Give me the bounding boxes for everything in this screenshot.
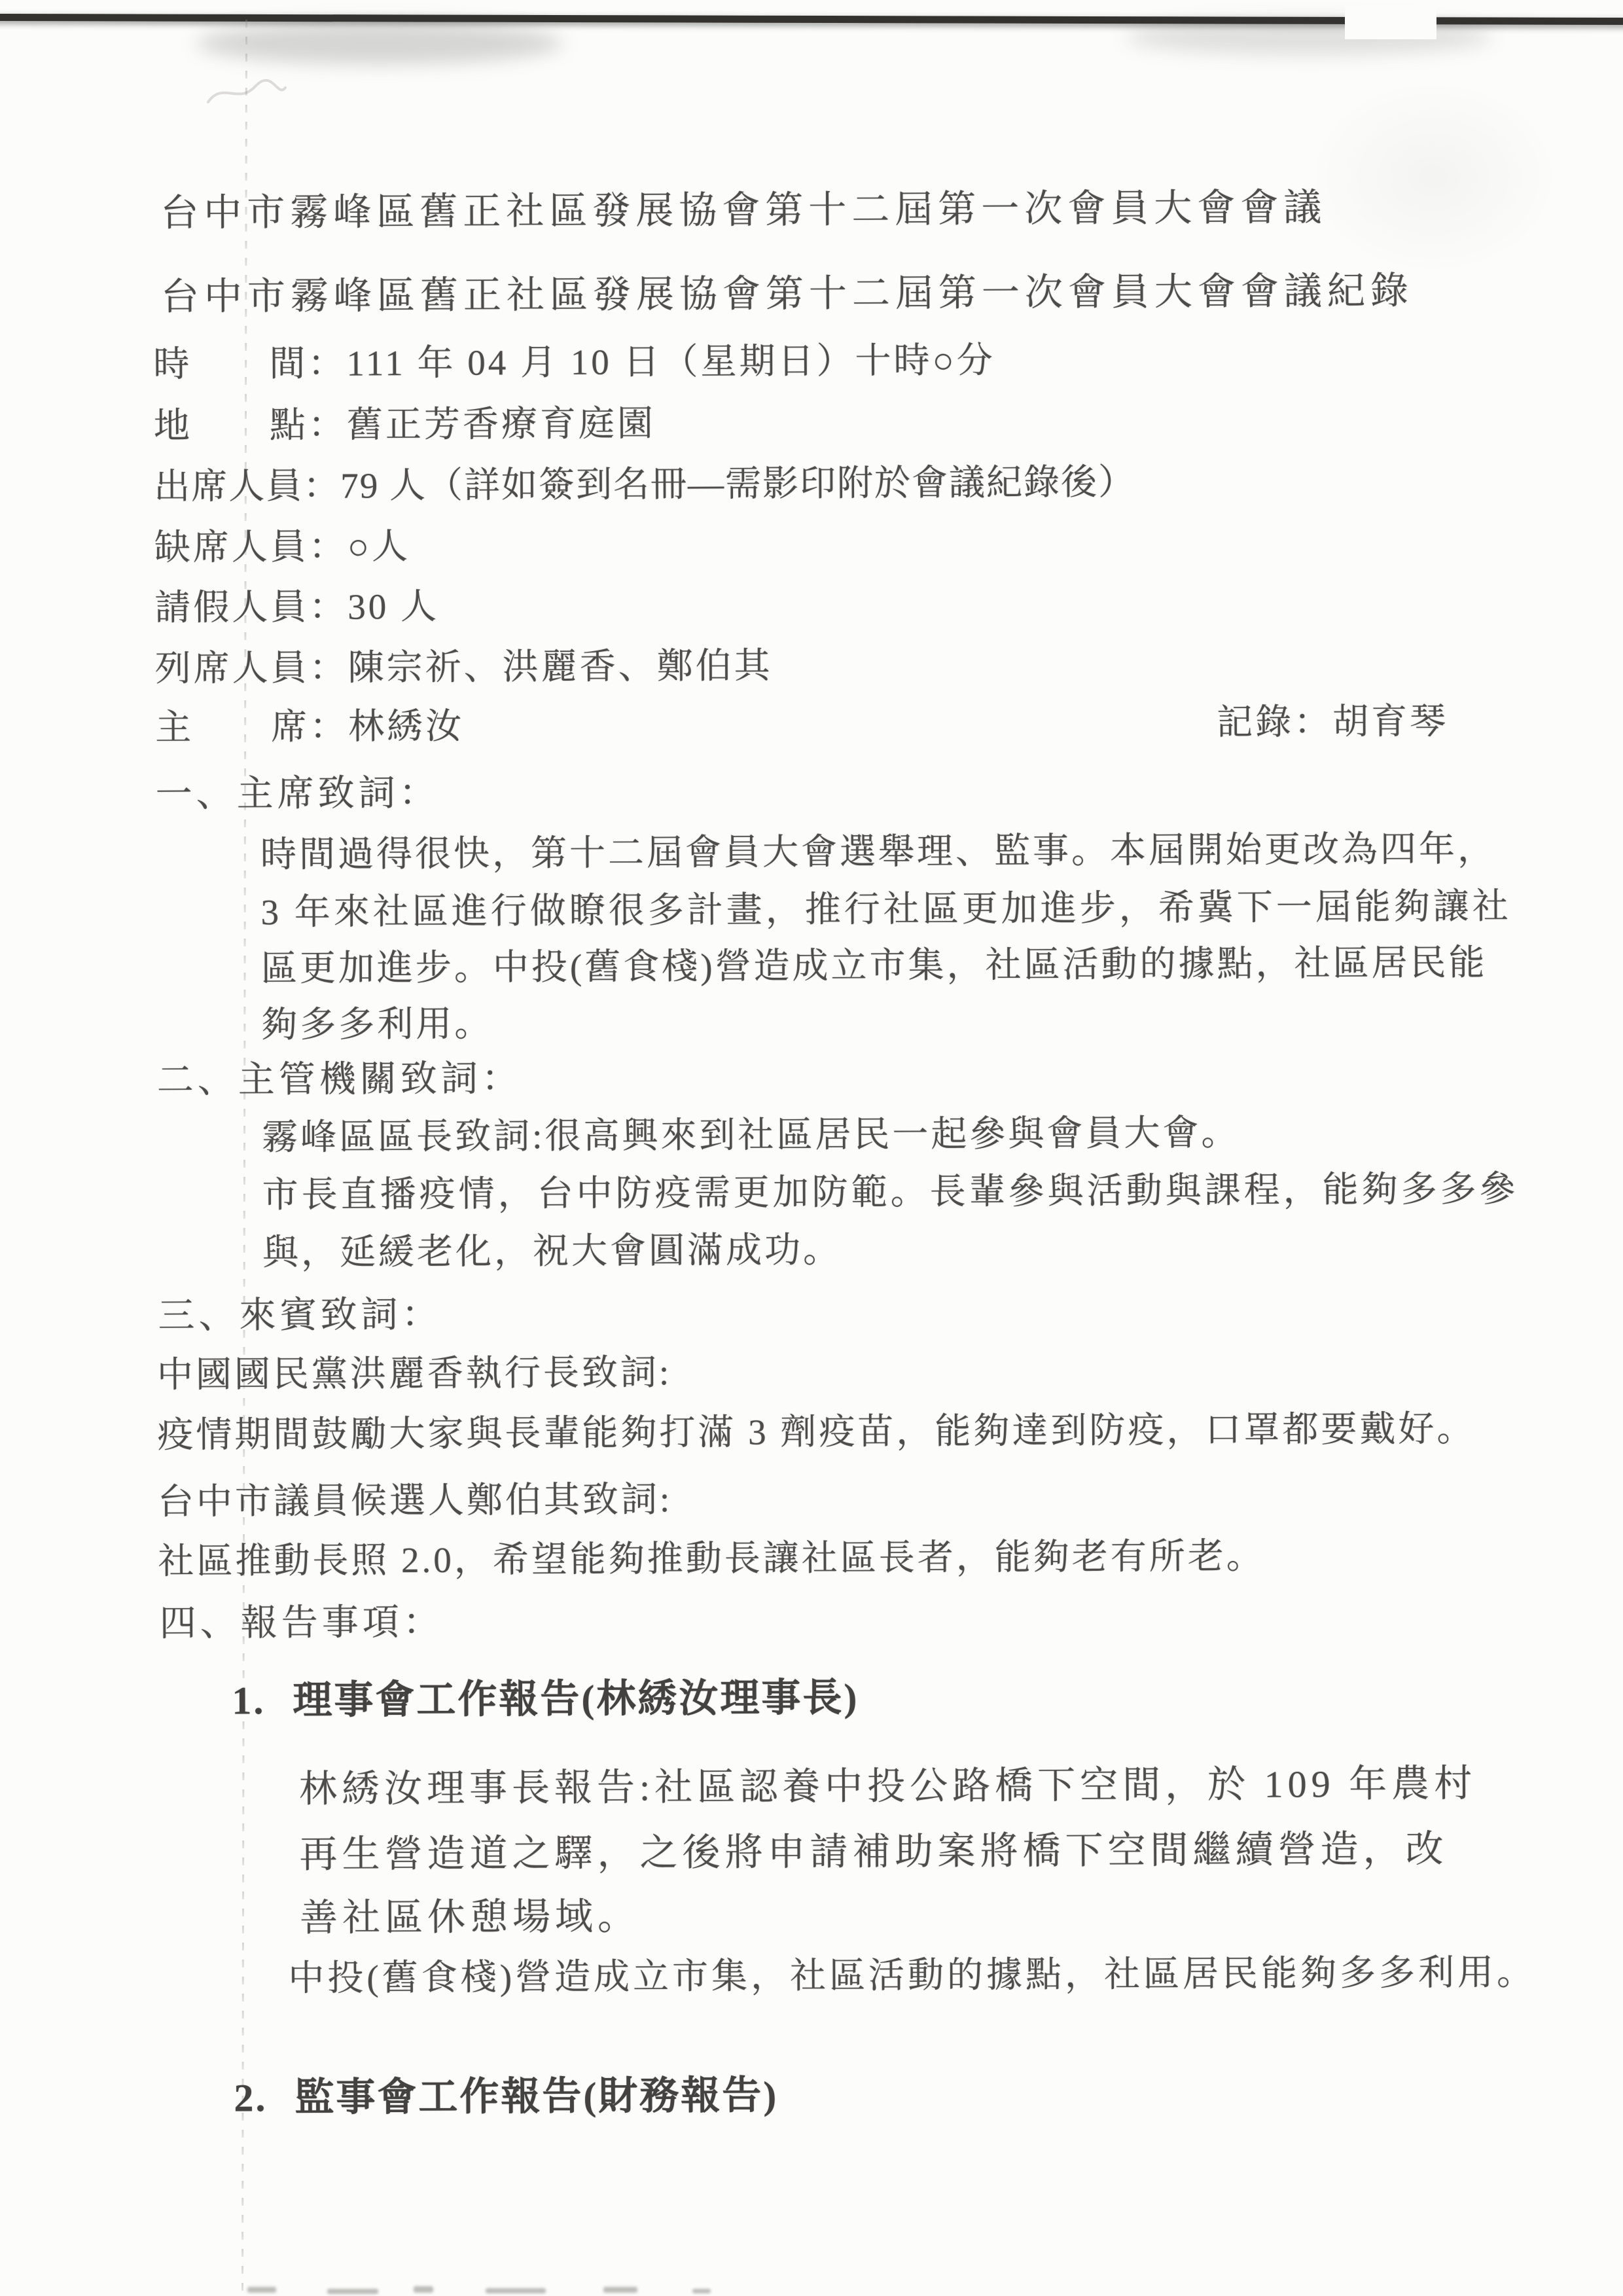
section-1-heading: 一、主席致詞： xyxy=(155,774,439,814)
section-3-line-3: 台中市議員候選人鄭伯其致詞: xyxy=(158,1480,673,1521)
section-3-heading: 三、來賓致詞： xyxy=(158,1296,442,1336)
meta-observers: 列席人員：陳宗祈、洪麗香、鄭伯其 xyxy=(155,647,773,687)
report-item-1-number: 1. xyxy=(232,1680,265,1721)
section-3-line-4: 社區推動長照 2.0，希望能夠推動長讓社區長者，能夠老有所老。 xyxy=(158,1537,1265,1581)
section-2-line-3: 與，延緩老化，祝大會圓滿成功。 xyxy=(262,1231,842,1272)
meta-time: 時 間：111 年 04 月 10 日（星期日）十時○分 xyxy=(153,342,995,384)
section-2-heading: 二、主管機關致詞： xyxy=(157,1060,522,1100)
meta-recorder: 記錄：胡育琴 xyxy=(1217,702,1448,741)
section-2-line-2: 市長直播疫情，台中防疫需更加防範。長輩參與活動與課程，能夠多多參 xyxy=(262,1170,1518,1214)
section-3-line-1: 中國國民黨洪麗香執行長致詞: xyxy=(157,1354,672,1394)
meeting-title: 台中市霧峰區舊正社區發展協會第十二屆第一次會員大會會議 xyxy=(160,188,1327,234)
meta-on-leave: 請假人員：30 人 xyxy=(154,588,439,627)
report-item-1-line-1: 林綉汝理事長報告:社區認養中投公路橋下空間，於 109 年農村 xyxy=(299,1764,1476,1810)
report-item-1-line-4: 中投(舊食棧)營造成立市集，社區活動的據點，社區居民能夠多多利用。 xyxy=(288,1954,1536,1998)
meta-location: 地 點：舊正芳香療育庭園 xyxy=(154,404,656,444)
report-item-1-line-2: 再生營造道之驛，之後將申請補助案將橋下空間繼續營造，改 xyxy=(299,1829,1448,1874)
meta-chair: 主 席：林綉汝 xyxy=(155,708,464,747)
report-item-2-number: 2. xyxy=(234,2077,267,2119)
document-content: 台中市霧峰區舊正社區發展協會第十二屆第一次會員大會會議 台中市霧峰區舊正社區發展… xyxy=(0,0,1623,2296)
report-item-1-line-3: 善社區休憩場域。 xyxy=(300,1897,640,1938)
section-3-line-2: 疫情期間鼓勵大家與長輩能夠打滿 3 劑疫苗，能夠達到防疫，口罩都要戴好。 xyxy=(157,1410,1475,1454)
meta-attendees: 出席人員：79 人（詳如簽到名冊—需影印附於會議紀錄後） xyxy=(154,463,1135,506)
section-1-line-4: 夠多多利用。 xyxy=(261,1005,493,1043)
section-2-line-1: 霧峰區區長致詞:很高興來到社區居民一起參與會員大會。 xyxy=(262,1114,1240,1157)
section-4-heading: 四、報告事項： xyxy=(160,1604,444,1643)
section-1-line-1: 時間過得很快，第十二屆會員大會選舉理、監事。本屆開始更改為四年， xyxy=(260,830,1496,874)
meeting-record-title: 台中市霧峰區舊正社區發展協會第十二屆第一次會員大會會議紀錄 xyxy=(161,272,1414,317)
report-item-2-title: 監事會工作報告(財務報告) xyxy=(294,2075,778,2119)
section-1-line-3: 區更加進步。中投(舊食棧)營造成立市集，社區活動的據點，社區居民能 xyxy=(261,944,1488,988)
meta-absent: 缺席人員：○人 xyxy=(154,528,411,567)
section-1-line-2: 3 年來社區進行做瞭很多計畫，推行社區更加進步，希冀下一屆能夠讓社 xyxy=(260,888,1512,931)
report-item-1-title: 理事會工作報告(林綉汝理事長) xyxy=(293,1677,859,1721)
scanned-page: 台中市霧峰區舊正社區發展協會第十二屆第一次會員大會會議 台中市霧峰區舊正社區發展… xyxy=(0,0,1623,2296)
